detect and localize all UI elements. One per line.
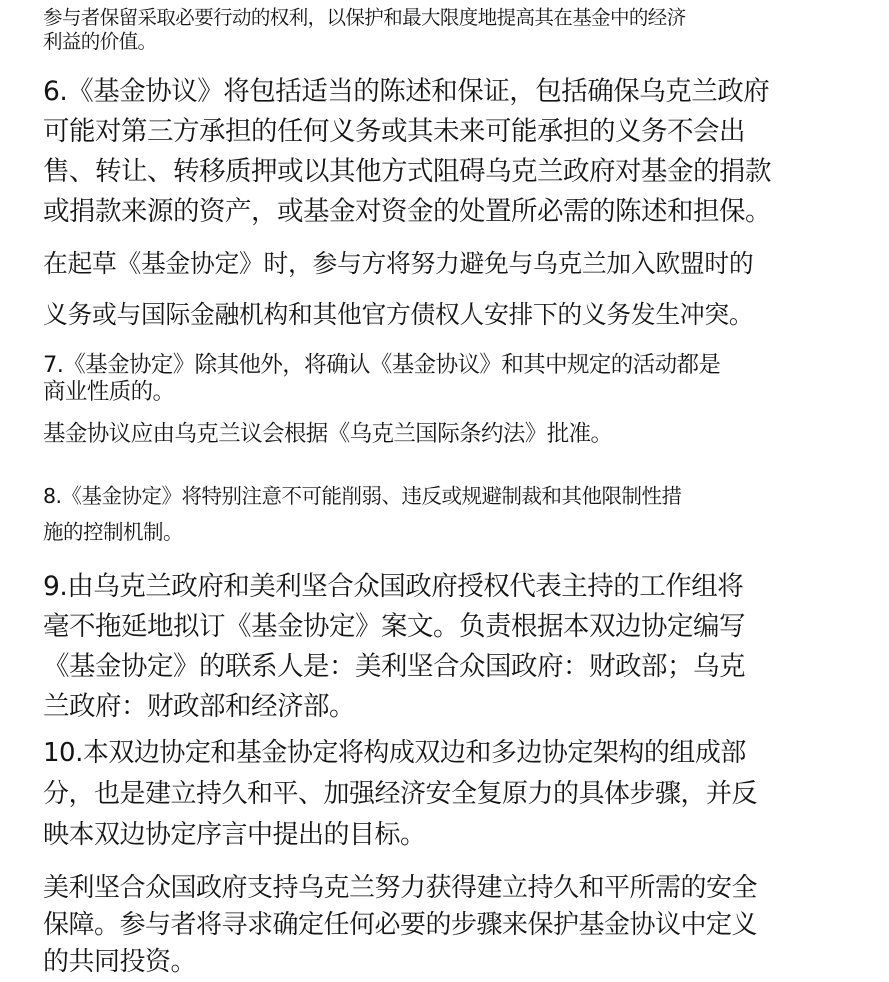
- text-line: 9.由乌克兰政府和美利坚合众国政府授权代表主持的工作组将: [43, 567, 843, 607]
- text-line: 的共同投资。: [43, 944, 843, 981]
- paragraph-clause-6: 6.《基金协议》将包括适当的陈述和保证，包括确保乌克兰政府 可能对第三方承担的任…: [43, 72, 843, 232]
- text-line: 售、转让、转移质押或以其他方式阻碍乌克兰政府对基金的捐款: [43, 152, 843, 192]
- text-line: 保障。参与者将寻求确定任何必要的步骤来保护基金协议中定义: [43, 907, 843, 944]
- text-line: 映本双边协定序言中提出的目标。: [43, 815, 843, 856]
- text-line: 可能对第三方承担的任何义务或其未来可能承担的义务不会出: [43, 112, 843, 152]
- text-line: 或捐款来源的资产，或基金对资金的处置所必需的陈述和担保。: [43, 192, 843, 232]
- text-line: 《基金协定》的联系人是：美利坚合众国政府：财政部；乌克: [43, 647, 843, 687]
- text-line: 10.本双边协定和基金协定将构成双边和多边协定架构的组成部: [43, 733, 843, 774]
- text-line: 7.《基金协定》除其他外，将确认《基金协议》和其中规定的活动都是: [43, 352, 843, 379]
- text-line: 分，也是建立持久和平、加强经济安全复原力的具体步骤，并反: [43, 774, 843, 815]
- paragraph-security-guarantees: 美利坚合众国政府支持乌克兰努力获得建立持久和平所需的安全 保障。参与者将寻求确定…: [43, 870, 843, 981]
- text-line: 8.《基金协定》将特别注意不可能削弱、违反或规避制裁和其他限制性措: [43, 478, 843, 514]
- text-line: 利益的价值。: [43, 30, 843, 54]
- text-line: 参与者保留采取必要行动的权利，以保护和最大限度地提高其在基金中的经济: [43, 6, 843, 30]
- paragraph-clause-9: 9.由乌克兰政府和美利坚合众国政府授权代表主持的工作组将 毫不拖延地拟订《基金协…: [43, 567, 843, 727]
- paragraph-clause-6-drafting: 在起草《基金协定》时，参与方将努力避免与乌克兰加入欧盟时的 义务或与国际金融机构…: [43, 238, 843, 340]
- text-line: 施的控制机制。: [43, 514, 843, 550]
- paragraph-clause-8: 8.《基金协定》将特别注意不可能削弱、违反或规避制裁和其他限制性措 施的控制机制…: [43, 478, 843, 550]
- paragraph-clause-7-ratification: 基金协议应由乌克兰议会根据《乌克兰国际条约法》批准。: [43, 419, 843, 449]
- paragraph-clause-10: 10.本双边协定和基金协定将构成双边和多边协定架构的组成部 分，也是建立持久和平…: [43, 733, 843, 856]
- text-line: 在起草《基金协定》时，参与方将努力避免与乌克兰加入欧盟时的: [43, 238, 843, 289]
- text-line: 兰政府：财政部和经济部。: [43, 687, 843, 727]
- text-line: 美利坚合众国政府支持乌克兰努力获得建立持久和平所需的安全: [43, 870, 843, 907]
- paragraph-rights-reserved: 参与者保留采取必要行动的权利，以保护和最大限度地提高其在基金中的经济 利益的价值…: [43, 6, 843, 54]
- text-line: 毫不拖延地拟订《基金协定》案文。负责根据本双边协定编写: [43, 607, 843, 647]
- text-line: 6.《基金协议》将包括适当的陈述和保证，包括确保乌克兰政府: [43, 72, 843, 112]
- paragraph-clause-7: 7.《基金协定》除其他外，将确认《基金协议》和其中规定的活动都是 商业性质的。: [43, 352, 843, 406]
- text-line: 商业性质的。: [43, 379, 843, 406]
- text-line: 义务或与国际金融机构和其他官方债权人安排下的义务发生冲突。: [43, 289, 843, 340]
- text-line: 基金协议应由乌克兰议会根据《乌克兰国际条约法》批准。: [43, 419, 843, 449]
